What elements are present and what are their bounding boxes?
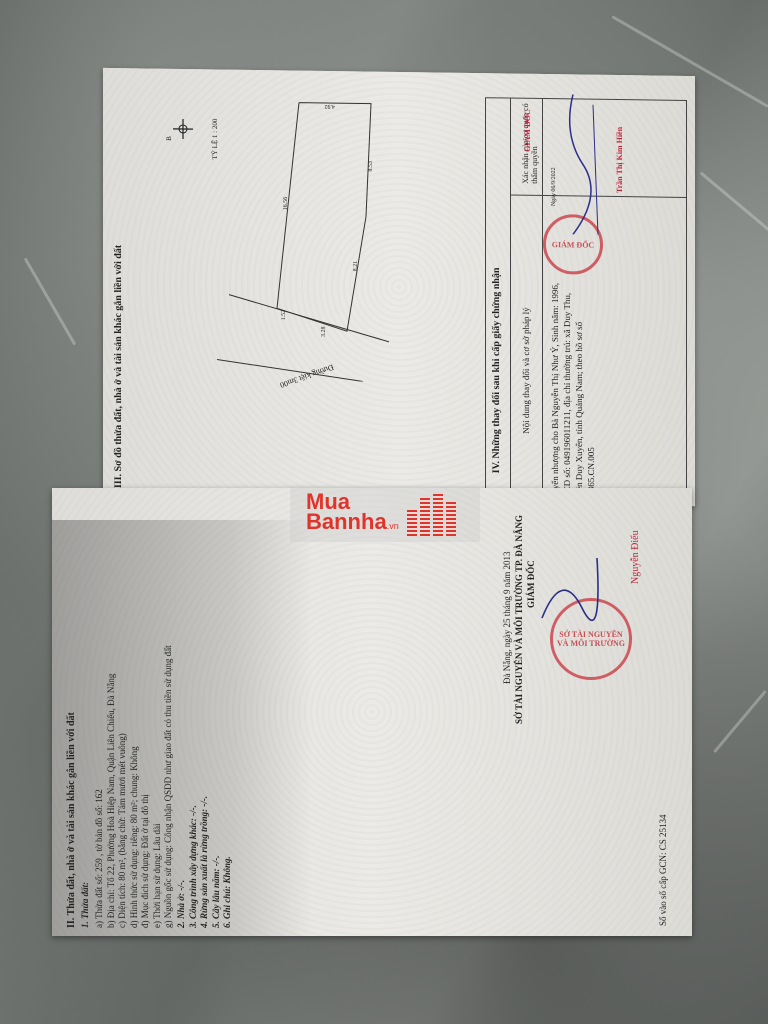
dimension-label: 1.52 (281, 310, 287, 321)
marble-vein (713, 690, 767, 753)
section-iii-title: III. Sơ đồ thửa đất, nhà ở và tài sản kh… (113, 245, 124, 488)
parcel-sketch (163, 79, 403, 382)
marble-vein (700, 171, 768, 231)
issuer-name: Nguyễn Điểu (630, 530, 641, 584)
dimension-label: 8.21 (353, 261, 359, 272)
section-iv-title: IV. Những thay đổi sau khi cấp giấy chứn… (491, 268, 502, 474)
signature-mark (543, 94, 613, 235)
certificate-page-top: III. Sơ đồ thửa đất, nhà ở và tài sản kh… (103, 68, 695, 506)
parcel-details: a) Thửa đất số: 259 , tờ bản đồ số: 162 … (94, 645, 175, 928)
certificate-page-bottom: II. Thửa đất, nhà ở và tài sản khác gắn … (52, 488, 692, 936)
watermark-logo: Mua Bannha.vn (290, 486, 480, 542)
issuing-agency: SỞ TÀI NGUYÊN VÀ MÔI TRƯỜNG TP. ĐÀ NẴNG (514, 515, 524, 724)
confirmation-signer: Trần Thị Kim Hiền (615, 127, 624, 193)
registry-number: Số vào sổ cấp GCN: CS 25134 (658, 814, 668, 926)
dimension-label: 8.53 (368, 161, 374, 172)
dimension-label: 4.92 (325, 103, 336, 109)
building-logo-icon (407, 492, 456, 536)
confirmation-role: GIÁM ĐỐC (523, 109, 532, 152)
dimension-label: 3.28 (321, 326, 327, 337)
signature-mark (532, 548, 602, 638)
section-ii-title: II. Thửa đất, nhà ở và tài sản khác gắn … (66, 712, 77, 928)
table-header-content: Nội dung thay đổi và cơ sở pháp lý (521, 307, 531, 434)
marble-vein (24, 257, 77, 345)
dimension-label: 16.56 (283, 197, 289, 211)
section-ii-subtitle: 1. Thửa đất: (80, 882, 90, 928)
other-assets-list: 2. Nhà ở: -/-. 3. Công trình xây dựng kh… (176, 796, 234, 928)
change-entry: Chuyển nhượng cho Bà Nguyễn Thị Như Ý, S… (549, 283, 597, 505)
issue-place-date: Đà Nẵng, ngày 25 tháng 9 năm 2013 (502, 552, 512, 684)
